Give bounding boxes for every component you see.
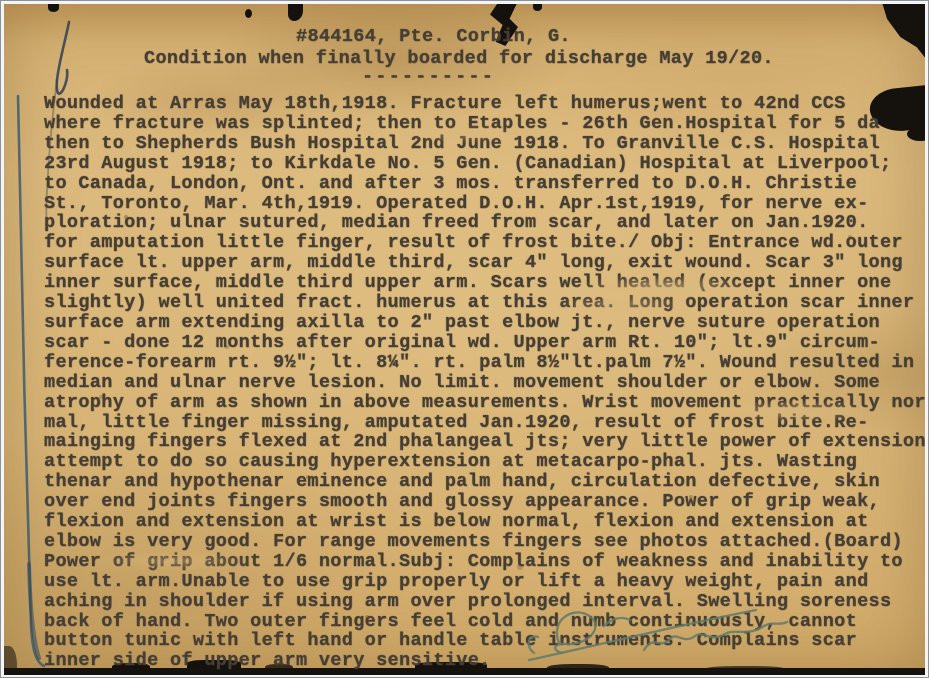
torn-edge-top-left-icon (48, 4, 59, 12)
torn-edge-top-mark-icon (288, 4, 303, 21)
divider-dashes: ---------- (362, 66, 495, 87)
torn-edge-top-dot2-icon (533, 4, 542, 11)
torn-edge-top-right-corner-icon (864, 4, 925, 64)
paper-speckles (4, 4, 6, 6)
scanned-document-viewport: #844164, Pte. Corbin, G. Condition when … (0, 0, 929, 678)
report-body-text: Wounded at Arras May 18th,1918. Fracture… (44, 94, 925, 671)
torn-edge-top-dot-icon (245, 9, 252, 18)
case-number-line: #844164, Pte. Corbin, G. (296, 26, 571, 47)
paper-background: #844164, Pte. Corbin, G. Condition when … (4, 4, 925, 675)
